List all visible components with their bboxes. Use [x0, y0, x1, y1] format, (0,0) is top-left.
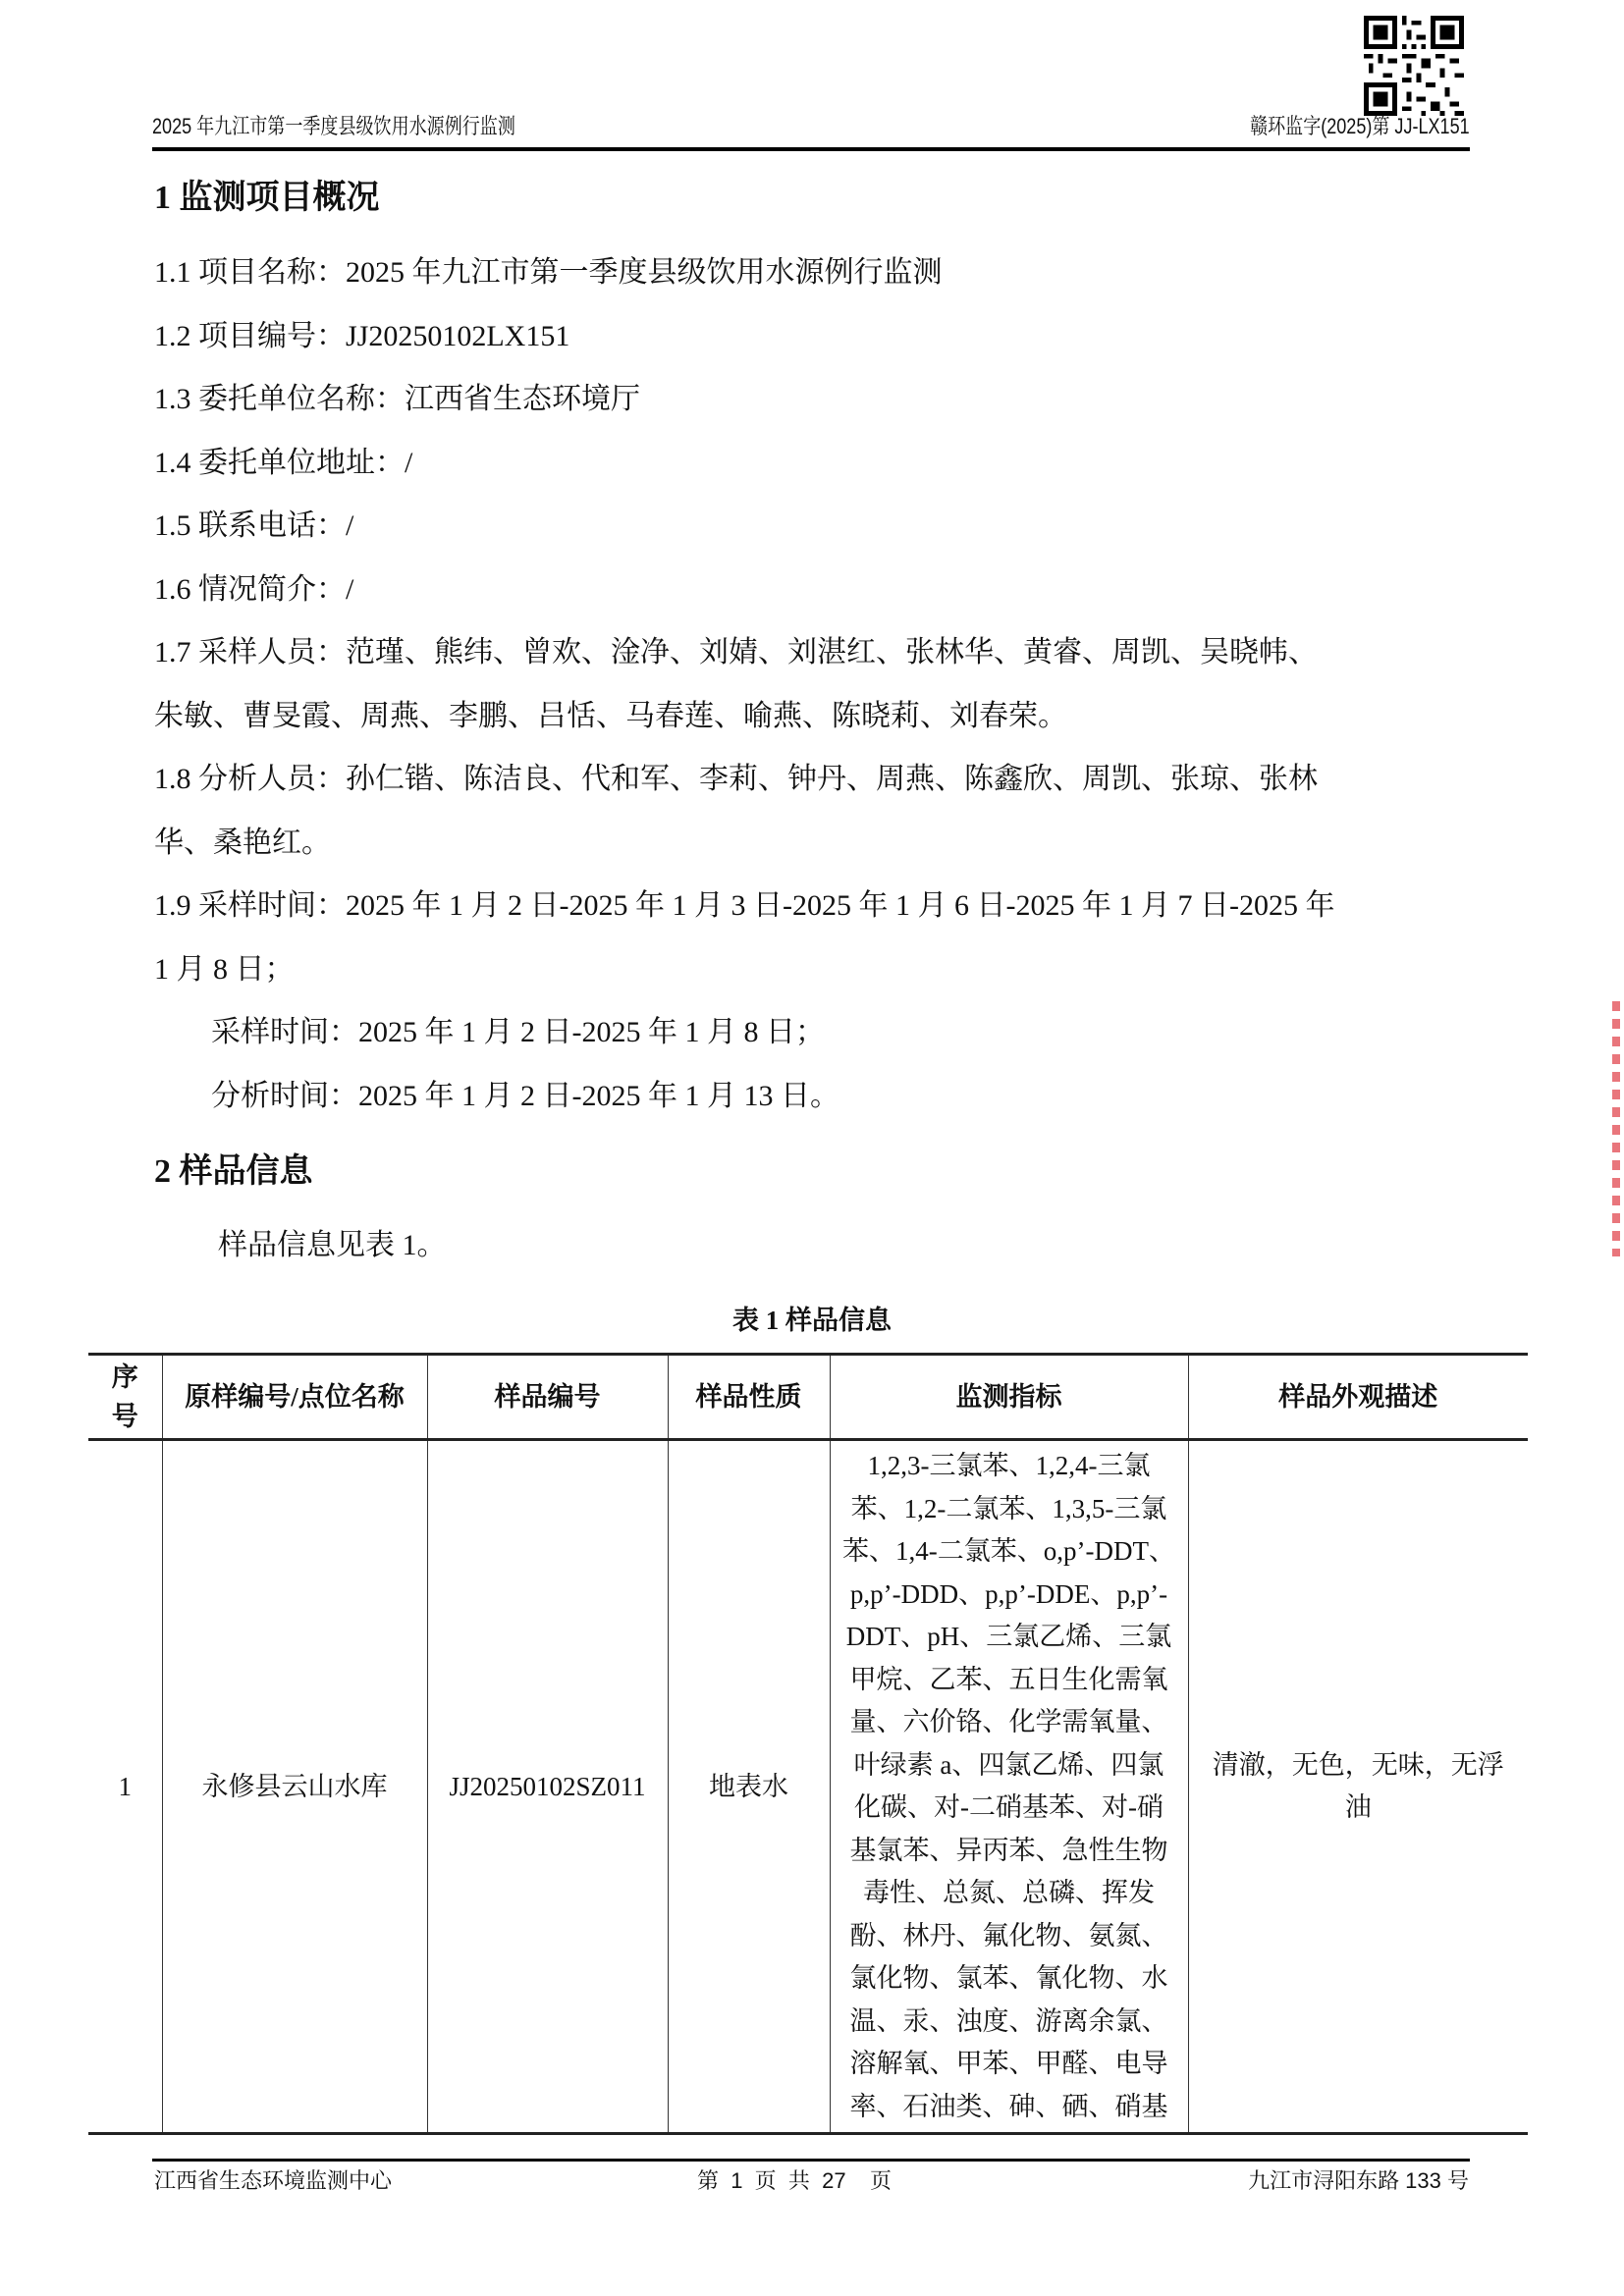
cell-appearance: 清澈，无色，无味，无浮油 [1188, 1440, 1528, 2134]
analysts-line-1: 1.8 分析人员：孙仁锴、陈洁良、代和军、李莉、钟丹、周燕、陈鑫欣、周凯、张琼、… [154, 761, 1318, 798]
footer-page-number: 第 1 页 共 27 页 [697, 2167, 892, 2195]
section-1-title: 1 监测项目概况 [154, 179, 380, 218]
col-header-nature: 样品性质 [668, 1355, 830, 1440]
table-header-row: 序号 原样编号/点位名称 样品编号 样品性质 监测指标 样品外观描述 [88, 1355, 1528, 1440]
cell-sample-id: JJ20250102SZ011 [427, 1440, 668, 2134]
footer-organization: 江西省生态环境监测中心 [154, 2167, 392, 2195]
col-header-appearance: 样品外观描述 [1188, 1355, 1528, 1440]
col-header-site: 原样编号/点位名称 [162, 1355, 427, 1440]
col-header-indicators: 监测指标 [830, 1355, 1188, 1440]
sampling-dates-line-1: 1.9 采样时间：2025 年 1 月 2 日-2025 年 1 月 3 日-2… [154, 887, 1334, 925]
table-row: 1 永修县云山水库 JJ20250102SZ011 地表水 1,2,3-三氯苯、… [88, 1440, 1528, 2134]
sample-info-intro: 样品信息见表 1。 [218, 1227, 447, 1264]
document-header-title: 2025 年九江市第一季度县级饮用水源例行监测 [152, 114, 515, 139]
analysts-line-2: 华、桑艳红。 [154, 825, 331, 862]
contact-phone: 1.5 联系电话：/ [154, 507, 353, 545]
cell-nature: 地表水 [668, 1440, 830, 2134]
header-divider [152, 147, 1470, 151]
analysis-time: 分析时间：2025 年 1 月 2 日-2025 年 1 月 13 日。 [211, 1078, 839, 1115]
samplers-line-1: 1.7 采样人员：范瑾、熊纬、曾欢、淦净、刘婧、刘湛红、张林华、黄睿、周凯、吴晓… [154, 634, 1318, 671]
qr-code-icon [1364, 14, 1464, 118]
document-report-number: 赣环监字(2025)第 JJ-LX151 [1250, 114, 1470, 139]
situation-summary: 1.6 情况简介：/ [154, 571, 353, 609]
col-header-sample-id: 样品编号 [427, 1355, 668, 1440]
table-caption: 表 1 样品信息 [0, 1304, 1624, 1337]
section-2-title: 2 样品信息 [154, 1152, 313, 1192]
project-number: 1.2 项目编号：JJ20250102LX151 [154, 318, 569, 355]
cell-indicators: 1,2,3-三氯苯、1,2,4-三氯苯、1,2-二氯苯、1,3,5-三氯苯、1,… [830, 1440, 1188, 2134]
seal-stamp-edge [1612, 1001, 1620, 1256]
sampling-time: 采样时间：2025 年 1 月 2 日-2025 年 1 月 8 日； [211, 1014, 825, 1051]
col-header-seq: 序号 [88, 1355, 162, 1440]
footer-divider [152, 2159, 1470, 2162]
sample-info-table: 序号 原样编号/点位名称 样品编号 样品性质 监测指标 样品外观描述 1 永修县… [88, 1353, 1528, 2135]
footer-address: 九江市浔阳东路 133 号 [1248, 2167, 1469, 2195]
samplers-line-2: 朱敏、曹旻霞、周燕、李鹏、吕恬、马春莲、喻燕、陈晓莉、刘春荣。 [154, 698, 1067, 735]
sampling-dates-line-2: 1 月 8 日； [154, 951, 295, 988]
cell-site: 永修县云山水库 [162, 1440, 427, 2134]
cell-seq: 1 [88, 1440, 162, 2134]
client-address: 1.4 委托单位地址：/ [154, 445, 412, 482]
client-name: 1.3 委托单位名称：江西省生态环境厅 [154, 381, 640, 418]
project-name: 1.1 项目名称：2025 年九江市第一季度县级饮用水源例行监测 [154, 254, 943, 292]
